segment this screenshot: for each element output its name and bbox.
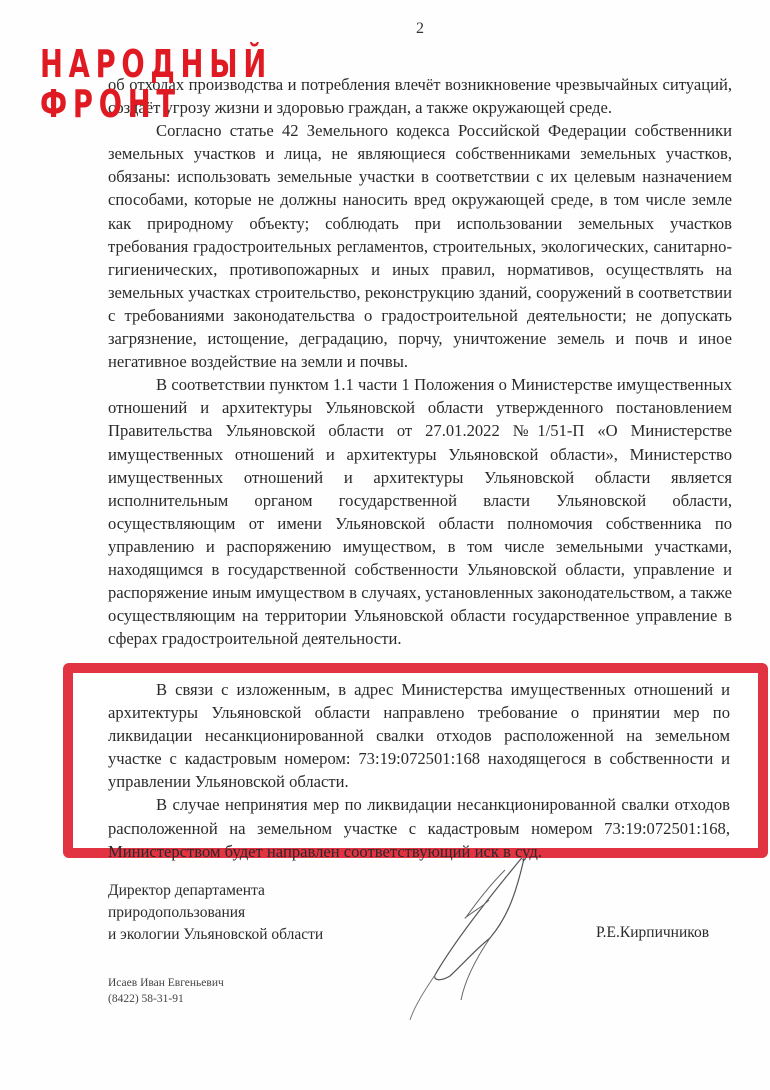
paragraph-lawsuit: В случае непринятия мер по ликвидации не…: [108, 793, 730, 862]
document-body: об отходах производства и потребления вл…: [108, 73, 732, 650]
executor-info: Исаев Иван Евгеньевич (8422) 58-31-91: [108, 975, 224, 1007]
page-number: 2: [0, 20, 770, 38]
signatory-position: Директор департамента природопользования…: [108, 880, 323, 946]
position-line-1: Директор департамента: [108, 880, 323, 902]
paragraph-ministry-regulation: В соответствии пунктом 1.1 части 1 Полож…: [108, 373, 732, 650]
executor-phone: (8422) 58-31-91: [108, 991, 224, 1007]
position-line-3: и экологии Ульяновской области: [108, 924, 323, 946]
highlighted-text: В связи с изложенным, в адрес Министерст…: [108, 678, 730, 863]
narodny-front-logo: НАРОДНЫЙ ФРОНТ: [40, 44, 272, 124]
logo-line-2: ФРОНТ: [40, 84, 272, 124]
handwritten-signature-icon: [395, 850, 565, 1020]
logo-line-1: НАРОДНЫЙ: [40, 44, 272, 84]
executor-name: Исаев Иван Евгеньевич: [108, 975, 224, 991]
position-line-2: природопользования: [108, 902, 323, 924]
paragraph-land-code: Согласно статье 42 Земельного кодекса Ро…: [108, 119, 732, 373]
signer-name: Р.Е.Кирпичников: [596, 924, 709, 942]
paragraph-demand: В связи с изложенным, в адрес Министерст…: [108, 678, 730, 793]
